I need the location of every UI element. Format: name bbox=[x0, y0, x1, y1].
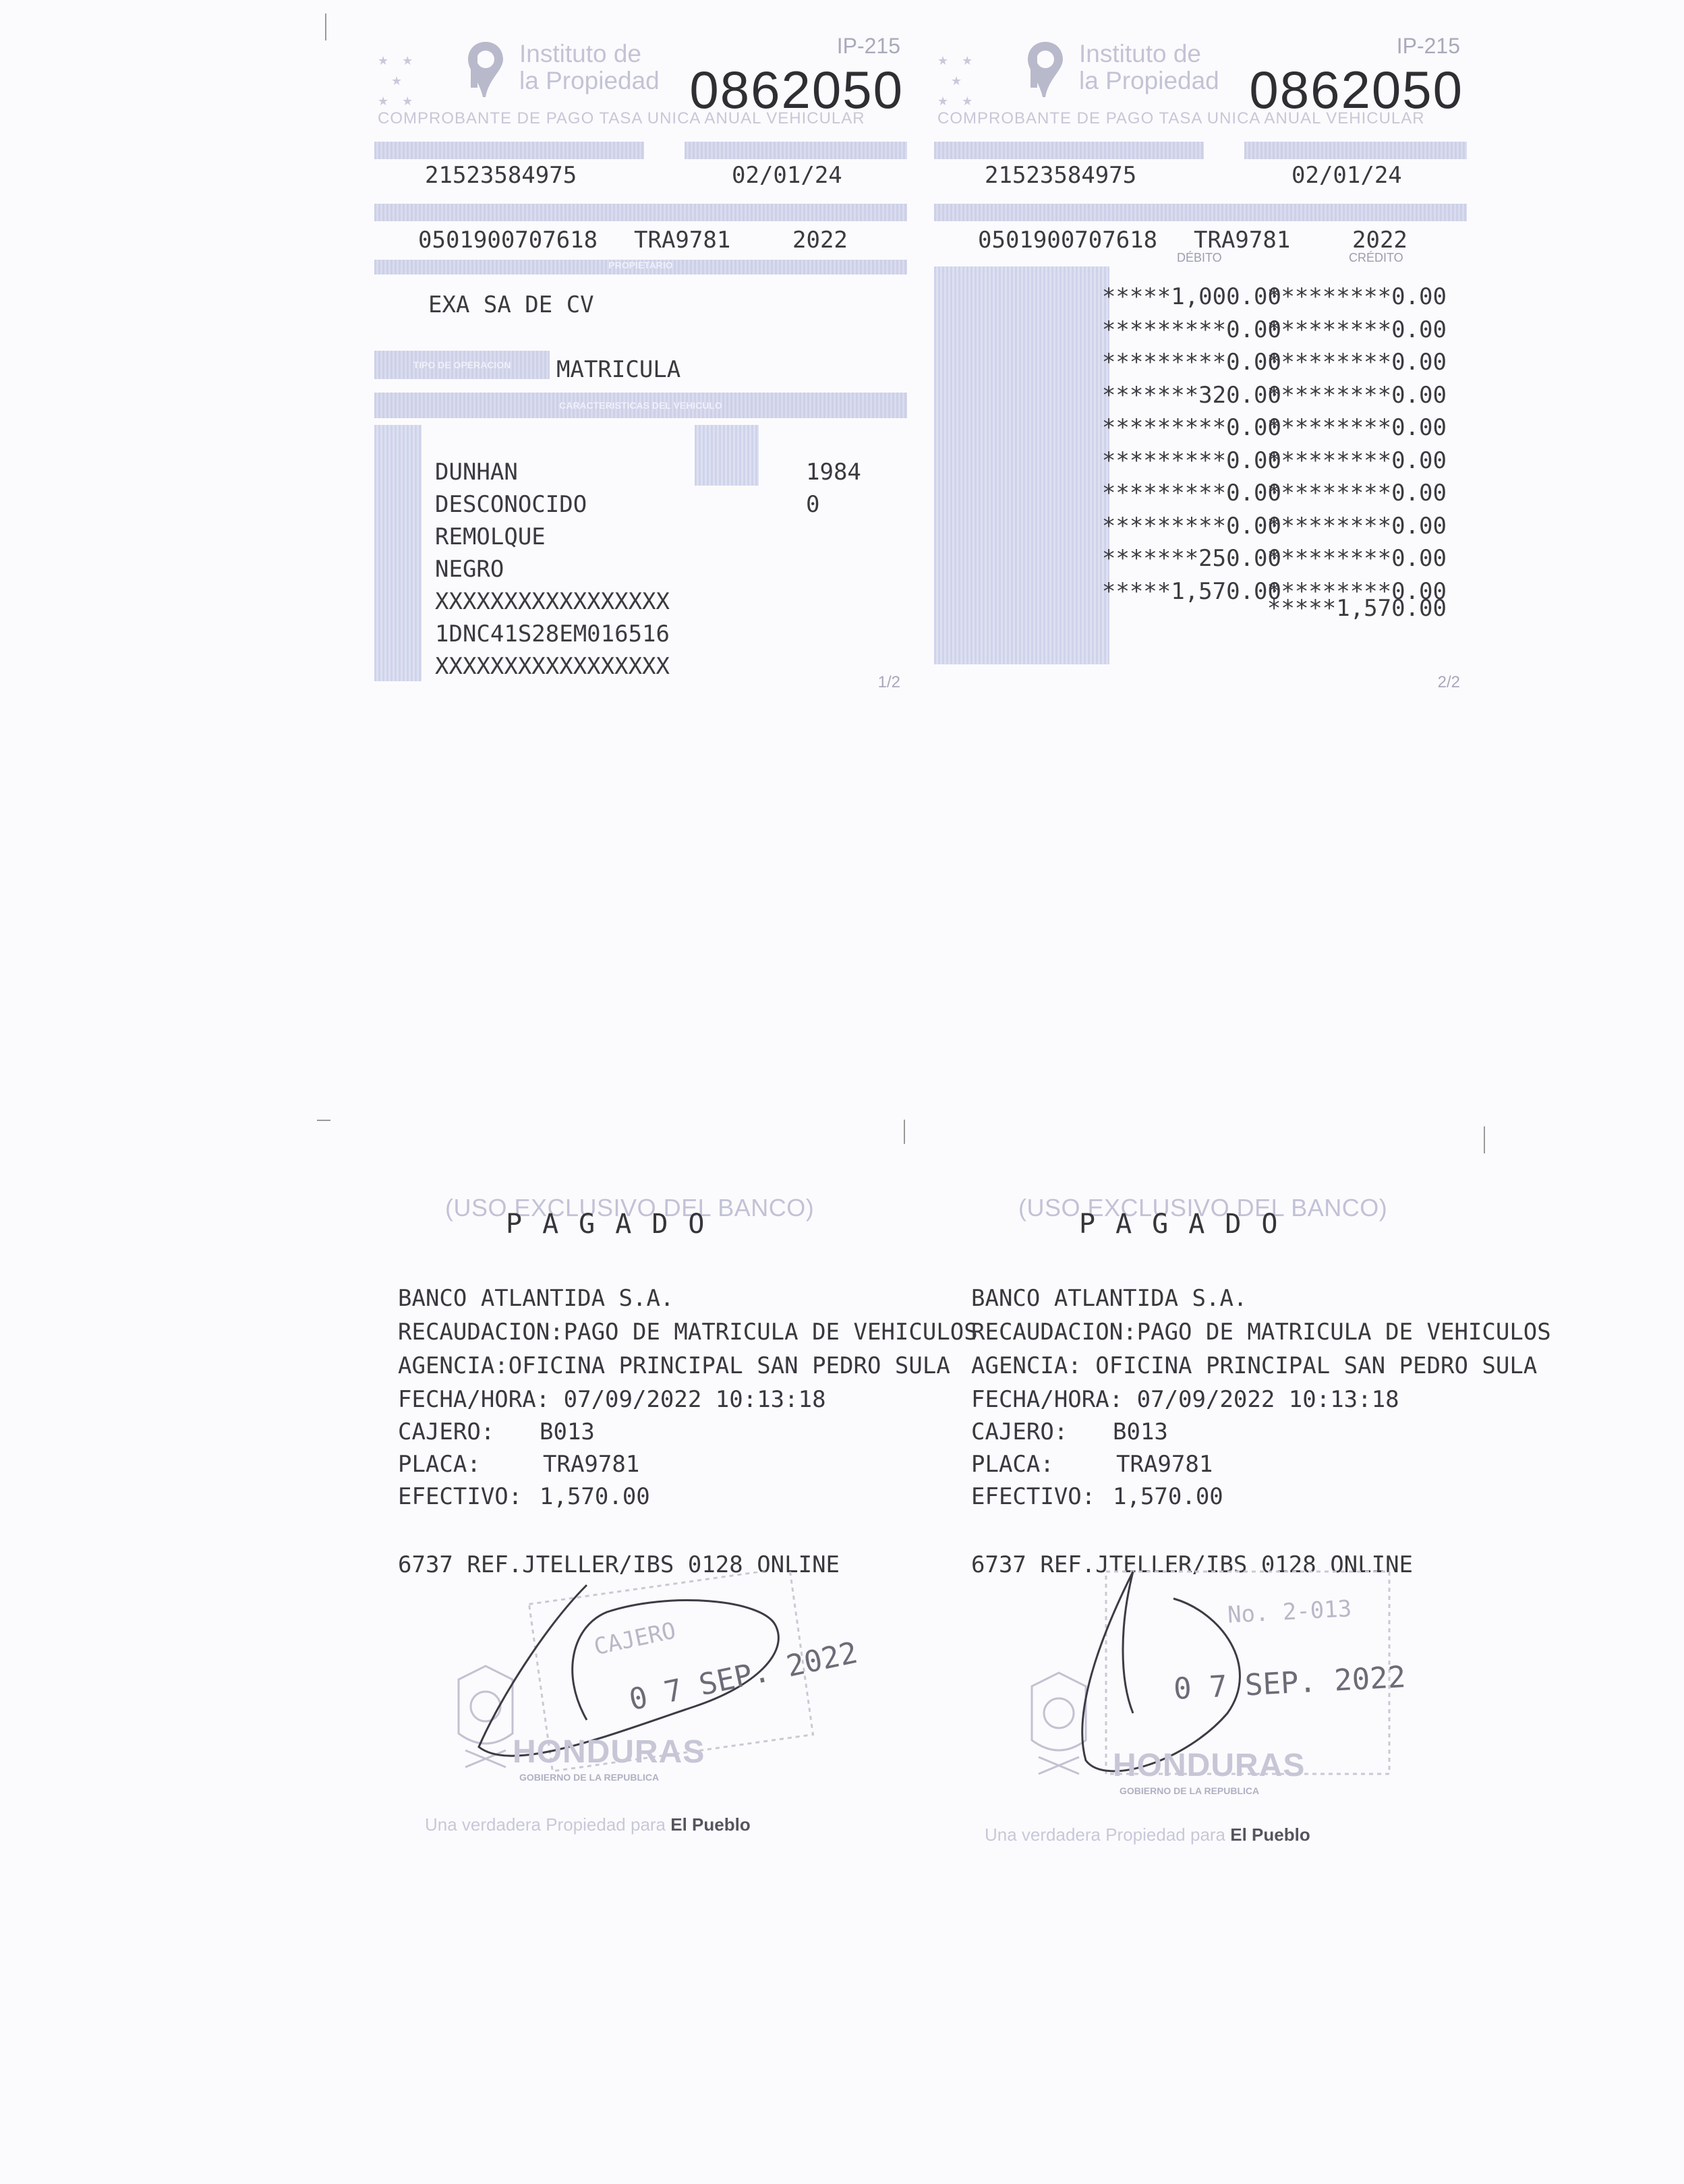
credit-amount: *********0.00 bbox=[1267, 316, 1447, 343]
bank-receipt-1: (USO EXCLUSIVO DEL BANCO) PAGADO BANCO A… bbox=[398, 1194, 937, 1599]
cash-label: EFECTIVO: bbox=[971, 1483, 1095, 1510]
cash-amount: 1,570.00 bbox=[540, 1483, 650, 1510]
paid-status: PAGADO bbox=[506, 1209, 725, 1240]
issuer-line-2: la Propiedad bbox=[1079, 67, 1219, 94]
government-label: GOBIERNO DE LA REPUBLICA bbox=[519, 1772, 659, 1783]
honduras-brand: HONDURAS bbox=[513, 1733, 705, 1771]
debit-amount: *****1,570.00 bbox=[1102, 578, 1281, 605]
date-time: FECHA/HORA: 07/09/2022 10:13:18 bbox=[398, 1386, 826, 1413]
debit-amount: *******320.00 bbox=[1102, 382, 1281, 409]
crop-mark bbox=[325, 13, 326, 40]
debit-amount: *********0.00 bbox=[1102, 480, 1281, 507]
institute-logo-icon bbox=[1025, 39, 1066, 100]
vehicle-vin: XXXXXXXXXXXXXXXXX bbox=[435, 653, 670, 680]
debit-amount: *********0.00 bbox=[1102, 447, 1281, 474]
agency: AGENCIA:OFICINA PRINCIPAL SAN PEDRO SULA bbox=[398, 1352, 950, 1379]
slogan-light: Una verdadera Propiedad para bbox=[425, 1814, 670, 1835]
issuer-line-1: Instituto de bbox=[519, 40, 660, 67]
plate-value: TRA9781 bbox=[543, 1451, 639, 1478]
credit-amount: *********0.00 bbox=[1267, 513, 1447, 540]
institute-logo-icon bbox=[465, 39, 506, 100]
credit-amount: *********0.00 bbox=[1267, 349, 1447, 376]
period-year: 2022 bbox=[1352, 227, 1407, 254]
collection-type: RECAUDACION:PAGO DE MATRICULA DE VEHICUL… bbox=[971, 1319, 1551, 1346]
crop-mark bbox=[904, 1120, 905, 1144]
vehicle-tax-slip-page-2: ★ ★ ★★ ★ Instituto de la Propiedad IP-21… bbox=[934, 27, 1467, 701]
debit-amount: *********0.00 bbox=[1102, 316, 1281, 343]
vehicle-tax-slip-page-1: ★ ★ ★★ ★ Instituto de la Propiedad IP-21… bbox=[374, 27, 907, 701]
debit-amount: *********0.00 bbox=[1102, 414, 1281, 441]
account-label-band bbox=[374, 142, 644, 159]
slip-subtitle: COMPROBANTE DE PAGO TASA UNICA ANUAL VEH… bbox=[378, 109, 865, 128]
plate-number: TRA9781 bbox=[634, 227, 730, 254]
stars-decoration: ★ ★ ★★ ★ bbox=[937, 51, 1012, 111]
slogan: Una verdadera Propiedad para El Pueblo bbox=[985, 1824, 1310, 1845]
date-label-band bbox=[685, 142, 907, 159]
debit-amount: *********0.00 bbox=[1102, 349, 1281, 376]
year-cylinder-labels bbox=[695, 425, 759, 486]
vehicle-year: 1984 bbox=[806, 459, 861, 486]
identification-label-band bbox=[934, 204, 1467, 221]
crop-mark bbox=[1484, 1126, 1485, 1153]
period-year: 2022 bbox=[792, 227, 848, 254]
account-label-band bbox=[934, 142, 1204, 159]
cash-amount: 1,570.00 bbox=[1113, 1483, 1223, 1510]
plate-label: PLACA: bbox=[398, 1451, 481, 1478]
slip-subtitle: COMPROBANTE DE PAGO TASA UNICA ANUAL VEH… bbox=[937, 109, 1425, 128]
issuer-name: Instituto de la Propiedad bbox=[519, 40, 660, 94]
credit-amount: *********0.00 bbox=[1267, 480, 1447, 507]
credit-column-header: CRÉDITO bbox=[1349, 251, 1403, 265]
credit-amount: *********0.00 bbox=[1267, 382, 1447, 409]
slogan-bold: El Pueblo bbox=[670, 1814, 750, 1835]
collection-type: RECAUDACION:PAGO DE MATRICULA DE VEHICUL… bbox=[398, 1319, 978, 1346]
cashier-id: B013 bbox=[540, 1418, 595, 1445]
page-number: 1/2 bbox=[878, 673, 900, 692]
identification-number: 0501900707618 bbox=[978, 227, 1157, 254]
slogan: Una verdadera Propiedad para El Pueblo bbox=[425, 1814, 751, 1835]
account-number: 21523584975 bbox=[425, 162, 577, 189]
vehicle-color: NEGRO bbox=[435, 556, 504, 583]
credit-amount: *********0.00 bbox=[1267, 545, 1447, 572]
paid-status: PAGADO bbox=[1079, 1209, 1298, 1240]
operation-type: MATRICULA bbox=[556, 356, 680, 383]
vehicle-characteristics-label: CARACTERISTICAS DEL VEHICULO bbox=[559, 400, 722, 411]
slip-header: ★ ★ ★★ ★ Instituto de la Propiedad IP-21… bbox=[374, 27, 907, 128]
agency: AGENCIA: OFICINA PRINCIPAL SAN PEDRO SUL… bbox=[971, 1352, 1537, 1379]
issuer-line-2: la Propiedad bbox=[519, 67, 660, 94]
vehicle-characteristics-band: CARACTERISTICAS DEL VEHICULO bbox=[374, 393, 907, 418]
credit-amount: *********0.00 bbox=[1267, 283, 1447, 310]
debit-column-header: DÉBITO bbox=[1177, 251, 1222, 265]
vehicle-engine: XXXXXXXXXXXXXXXXX bbox=[435, 588, 670, 615]
crop-mark bbox=[317, 1120, 330, 1121]
plate-value: TRA9781 bbox=[1116, 1451, 1213, 1478]
operation-type-label: TIPO DE OPERACION bbox=[374, 351, 550, 379]
form-code: IP-215 bbox=[837, 34, 900, 59]
debit-amount: *********0.00 bbox=[1102, 513, 1281, 540]
owner-label-band: PROPIETARIO bbox=[374, 260, 907, 275]
cashier-label: CAJERO: bbox=[398, 1418, 494, 1445]
owner-name: EXA SA DE CV bbox=[428, 291, 594, 318]
debit-amount: *******250.00 bbox=[1102, 545, 1281, 572]
credit-amount: *********0.00 bbox=[1267, 447, 1447, 474]
plate-number: TRA9781 bbox=[1194, 227, 1290, 254]
date-time: FECHA/HORA: 07/09/2022 10:13:18 bbox=[971, 1386, 1399, 1413]
vehicle-type: REMOLQUE bbox=[435, 523, 546, 550]
credit-amount: *********0.00 bbox=[1267, 414, 1447, 441]
cash-label: EFECTIVO: bbox=[398, 1483, 522, 1510]
debit-amount: *****1,000.00 bbox=[1102, 283, 1281, 310]
vehicle-model: DESCONOCIDO bbox=[435, 491, 587, 518]
page-number: 2/2 bbox=[1438, 673, 1460, 692]
vehicle-chassis: 1DNC41S28EM016516 bbox=[435, 621, 670, 648]
plate-label: PLACA: bbox=[971, 1451, 1054, 1478]
account-number: 21523584975 bbox=[985, 162, 1136, 189]
honduras-brand: HONDURAS bbox=[1113, 1747, 1305, 1784]
vehicle-brand: DUNHAN bbox=[435, 459, 518, 486]
bank-receipt-2: (USO EXCLUSIVO DEL BANCO) PAGADO BANCO A… bbox=[971, 1194, 1511, 1599]
operation-type-label-text: TIPO DE OPERACION bbox=[413, 360, 511, 370]
stars-decoration: ★ ★ ★★ ★ bbox=[378, 51, 452, 111]
government-label: GOBIERNO DE LA REPUBLICA bbox=[1120, 1785, 1259, 1796]
identification-number: 0501900707618 bbox=[418, 227, 598, 254]
cashier-id: B013 bbox=[1113, 1418, 1168, 1445]
vehicle-field-labels bbox=[374, 425, 422, 681]
vehicle-cylinders: 0 bbox=[806, 491, 819, 518]
date-label-band bbox=[1244, 142, 1467, 159]
slogan-bold: El Pueblo bbox=[1230, 1824, 1310, 1845]
cashier-label: CAJERO: bbox=[971, 1418, 1068, 1445]
bank-name: BANCO ATLANTIDA S.A. bbox=[398, 1285, 674, 1312]
bank-name: BANCO ATLANTIDA S.A. bbox=[971, 1285, 1247, 1312]
issue-date: 02/01/24 bbox=[732, 162, 842, 189]
issuer-name: Instituto de la Propiedad bbox=[1079, 40, 1219, 94]
slip-header: ★ ★ ★★ ★ Instituto de la Propiedad IP-21… bbox=[934, 27, 1467, 128]
total-amount: *****1,570.00 bbox=[1267, 595, 1447, 622]
issuer-line-1: Instituto de bbox=[1079, 40, 1219, 67]
charge-concept-labels bbox=[934, 266, 1109, 664]
form-code: IP-215 bbox=[1397, 34, 1460, 59]
issue-date: 02/01/24 bbox=[1291, 162, 1402, 189]
owner-label: PROPIETARIO bbox=[608, 260, 672, 270]
slogan-light: Una verdadera Propiedad para bbox=[985, 1824, 1230, 1845]
identification-label-band bbox=[374, 204, 907, 221]
